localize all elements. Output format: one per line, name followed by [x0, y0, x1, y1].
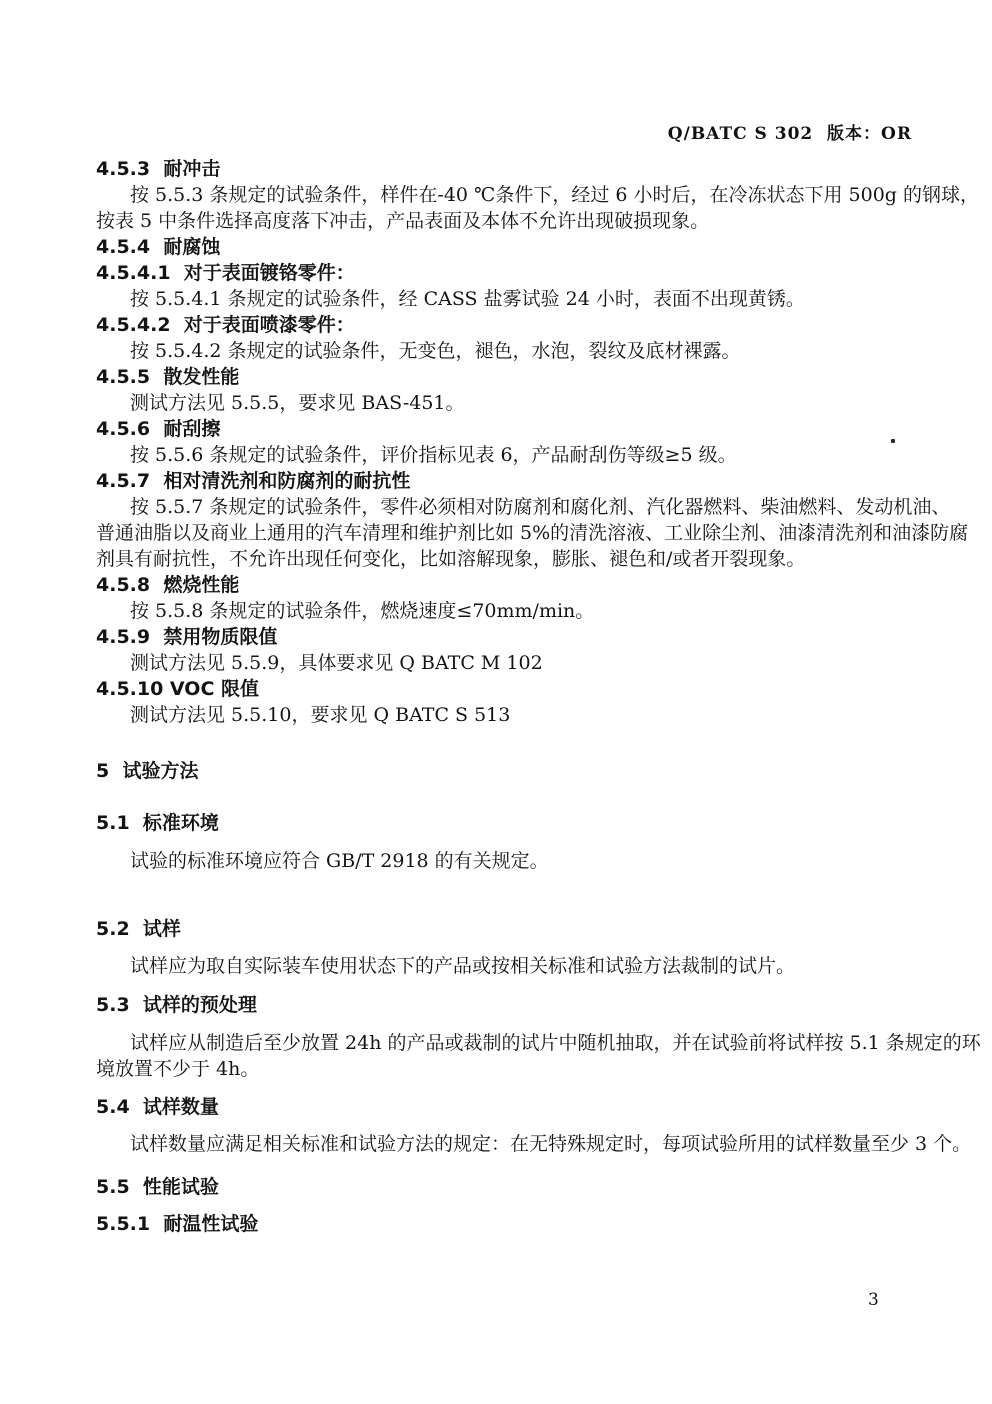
heading-5-2: 5.2 试样 [96, 916, 926, 942]
heading-5: 5 试验方法 [96, 758, 926, 784]
heading-5-4: 5.4 试样数量 [96, 1094, 926, 1120]
para-4-5-3-line1: 按 5.5.3 条规定的试验条件，样件在-40 ℃条件下，经过 6 小时后，在冷… [96, 182, 926, 208]
heading-4-5-7: 4.5.7 相对清洗剂和防腐剂的耐抗性 [96, 468, 926, 494]
page-number: 3 [868, 1290, 879, 1310]
scan-artifact-dot [891, 439, 895, 443]
para-5-1: 试验的标准环境应符合 GB/T 2918 的有关规定。 [96, 848, 926, 874]
para-4-5-9: 测试方法见 5.5.9，具体要求见 Q BATC M 102 [96, 650, 926, 676]
para-4-5-7-line2: 普通油脂以及商业上通用的汽车清理和维护剂比如 5%的清洗溶液、工业除尘剂、油漆清… [96, 520, 926, 546]
para-4-5-7-line3: 剂具有耐抗性，不允许出现任何变化，比如溶解现象，膨胀、褪色和/或者开裂现象。 [96, 546, 926, 572]
para-4-5-7-line1: 按 5.5.7 条规定的试验条件，零件必须相对防腐剂和腐化剂、汽化器燃料、柴油燃… [96, 494, 926, 520]
para-5-3-line2: 境放置不少于 4h。 [96, 1056, 926, 1082]
para-5-4: 试样数量应满足相关标准和试验方法的规定：在无特殊规定时，每项试验所用的试样数量至… [96, 1131, 926, 1157]
heading-4-5-8: 4.5.8 燃烧性能 [96, 572, 926, 598]
heading-5-1: 5.1 标准环境 [96, 810, 926, 836]
heading-4-5-10: 4.5.10 VOC 限值 [96, 676, 926, 702]
document-page: Q/BATC S 302 版本：OR 4.5.3 耐冲击 按 5.5.3 条规定… [0, 0, 992, 1404]
para-5-3-line1: 试样应从制造后至少放置 24h 的产品或裁制的试片中随机抽取，并在试验前将试样按… [96, 1030, 926, 1056]
heading-5-5-1: 5.5.1 耐温性试验 [96, 1211, 926, 1237]
para-4-5-6: 按 5.5.6 条规定的试验条件，评价指标见表 6，产品耐刮伤等级≥5 级。 [96, 442, 926, 468]
heading-4-5-5: 4.5.5 散发性能 [96, 364, 926, 390]
heading-5-5: 5.5 性能试验 [96, 1174, 926, 1200]
para-4-5-5: 测试方法见 5.5.5，要求见 BAS-451。 [96, 390, 926, 416]
heading-4-5-6: 4.5.6 耐刮擦 [96, 416, 926, 442]
heading-4-5-9: 4.5.9 禁用物质限值 [96, 624, 926, 650]
heading-5-3: 5.3 试样的预处理 [96, 992, 926, 1018]
document-body: 4.5.3 耐冲击 按 5.5.3 条规定的试验条件，样件在-40 ℃条件下，经… [96, 156, 926, 1237]
para-4-5-3-line2: 按表 5 中条件选择高度落下冲击，产品表面及本体不允许出现破损现象。 [96, 208, 926, 234]
para-4-5-8: 按 5.5.8 条规定的试验条件，燃烧速度≤70mm/min。 [96, 598, 926, 624]
heading-4-5-4-1: 4.5.4.1 对于表面镀铬零件： [96, 260, 926, 286]
para-5-2: 试样应为取自实际装车使用状态下的产品或按相关标准和试验方法裁制的试片。 [96, 953, 926, 979]
heading-4-5-4: 4.5.4 耐腐蚀 [96, 234, 926, 260]
para-4-5-10: 测试方法见 5.5.10，要求见 Q BATC S 513 [96, 702, 926, 728]
heading-4-5-4-2: 4.5.4.2 对于表面喷漆零件： [96, 312, 926, 338]
heading-4-5-3: 4.5.3 耐冲击 [96, 156, 926, 182]
document-header-code: Q/BATC S 302 版本：OR [668, 119, 912, 144]
para-4-5-4-2: 按 5.5.4.2 条规定的试验条件，无变色，褪色，水泡，裂纹及底材裸露。 [96, 338, 926, 364]
para-4-5-4-1: 按 5.5.4.1 条规定的试验条件，经 CASS 盐雾试验 24 小时，表面不… [96, 286, 926, 312]
